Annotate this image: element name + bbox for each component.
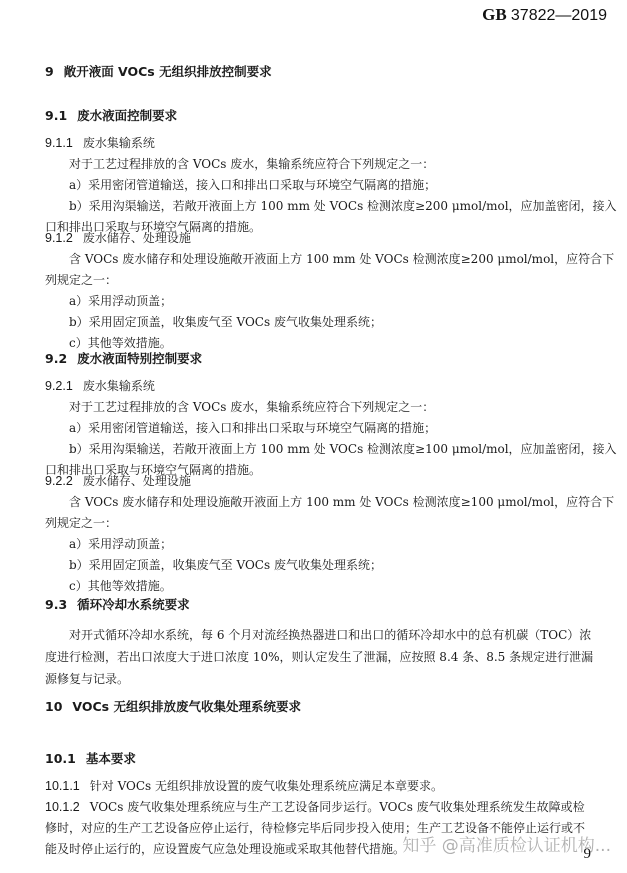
list-item-a: a）采用密闭管道输送，接入口和排出口采取与环境空气隔离的措施； <box>69 419 436 436</box>
section-9-1-1-heading: 9.1.1废水集输系统 <box>45 134 155 151</box>
section-number: 9 <box>45 64 54 79</box>
section-title: 循环冷却水系统要求 <box>77 597 190 612</box>
clause-title: 废水集输系统 <box>83 379 155 393</box>
paragraph-line: 对开式循环冷却水系统，每 6 个月对流经换热器进口和出口的循环冷却水中的总有机碳… <box>69 626 591 643</box>
clause-10-1-2: 10.1.2VOCs 废气收集处理系统应与生产工艺设备同步运行。VOCs 废气收… <box>45 798 585 815</box>
standard-number: 37822—2019 <box>511 7 607 24</box>
clause-number: 9.2.1 <box>45 379 73 393</box>
standard-prefix: GB <box>482 5 507 24</box>
section-9-heading: 9敞开液面 VOCs 无组织排放控制要求 <box>45 62 272 80</box>
list-item-b: b）采用沟渠输送，若敞开液面上方 100 mm 处 VOCs 检测浓度≥200 … <box>69 197 617 214</box>
section-number: 10 <box>45 699 62 714</box>
page-number: 9 <box>584 846 592 863</box>
standard-code-header: GB 37822—2019 <box>482 5 607 25</box>
clause-title: 废水集输系统 <box>83 136 155 150</box>
list-item-c: c）其他等效措施。 <box>69 577 172 594</box>
clause-title: 废水储存、处理设施 <box>83 231 191 245</box>
paragraph-line: 对于工艺过程排放的含 VOCs 废水，集输系统应符合下列规定之一： <box>69 155 434 172</box>
list-item-b: b）采用固定顶盖，收集废气至 VOCs 废气收集处理系统； <box>69 556 382 573</box>
list-item-b: b）采用沟渠输送，若敞开液面上方 100 mm 处 VOCs 检测浓度≥100 … <box>69 440 617 457</box>
section-title: 废水液面特别控制要求 <box>77 351 202 366</box>
section-title: 敞开液面 VOCs 无组织排放控制要求 <box>64 64 272 79</box>
section-9-1-heading: 9.1废水液面控制要求 <box>45 106 177 124</box>
paragraph-line: 列规定之一： <box>45 514 117 531</box>
clause-text: VOCs 废气收集处理系统应与生产工艺设备同步运行。VOCs 废气收集处理系统发… <box>90 800 585 814</box>
paragraph-line: 对于工艺过程排放的含 VOCs 废水，集输系统应符合下列规定之一： <box>69 398 434 415</box>
clause-text: 针对 VOCs 无组织排放设置的废气收集处理系统应满足本章要求。 <box>90 779 443 793</box>
clause-number: 9.1.1 <box>45 136 73 150</box>
clause-number: 10.1.2 <box>45 800 80 814</box>
clause-10-1-1: 10.1.1针对 VOCs 无组织排放设置的废气收集处理系统应满足本章要求。 <box>45 777 443 794</box>
zhihu-watermark: 知乎 @高准质检认证机构... <box>402 831 611 856</box>
list-item-b: b）采用固定顶盖，收集废气至 VOCs 废气收集处理系统； <box>69 313 382 330</box>
paragraph-line: 能及时停止运行的，应设置废气应急处理设施或采取其他替代措施。 <box>45 840 405 857</box>
section-number: 9.3 <box>45 597 67 612</box>
section-number: 10.1 <box>45 751 76 766</box>
clause-title: 废水储存、处理设施 <box>83 474 191 488</box>
section-10-1-heading: 10.1基本要求 <box>45 749 136 767</box>
section-9-3-heading: 9.3循环冷却水系统要求 <box>45 595 190 613</box>
section-9-2-2-heading: 9.2.2废水储存、处理设施 <box>45 472 191 489</box>
section-number: 9.2 <box>45 351 67 366</box>
section-title: 基本要求 <box>86 751 136 766</box>
section-9-2-1-heading: 9.2.1废水集输系统 <box>45 377 155 394</box>
section-9-1-2-heading: 9.1.2废水储存、处理设施 <box>45 229 191 246</box>
section-number: 9.1 <box>45 108 67 123</box>
clause-number: 9.1.2 <box>45 231 73 245</box>
list-item-a: a）采用浮动顶盖； <box>69 535 172 552</box>
list-item-a: a）采用密闭管道输送，接入口和排出口采取与环境空气隔离的措施； <box>69 176 436 193</box>
paragraph-line: 源修复与记录。 <box>45 670 129 687</box>
paragraph-line: 含 VOCs 废水储存和处理设施敞开液面上方 100 mm 处 VOCs 检测浓… <box>69 493 614 510</box>
section-title: VOCs 无组织排放废气收集处理系统要求 <box>72 699 301 714</box>
list-item-a: a）采用浮动顶盖； <box>69 292 172 309</box>
paragraph-line: 含 VOCs 废水储存和处理设施敞开液面上方 100 mm 处 VOCs 检测浓… <box>69 250 614 267</box>
section-10-heading: 10VOCs 无组织排放废气收集处理系统要求 <box>45 697 301 715</box>
clause-number: 10.1.1 <box>45 779 80 793</box>
paragraph-line: 列规定之一： <box>45 271 117 288</box>
section-9-2-heading: 9.2废水液面特别控制要求 <box>45 349 202 367</box>
clause-number: 9.2.2 <box>45 474 73 488</box>
paragraph-line: 度进行检测，若出口浓度大于进口浓度 10%，则认定发生了泄漏，应按照 8.4 条… <box>45 648 593 665</box>
section-title: 废水液面控制要求 <box>77 108 177 123</box>
